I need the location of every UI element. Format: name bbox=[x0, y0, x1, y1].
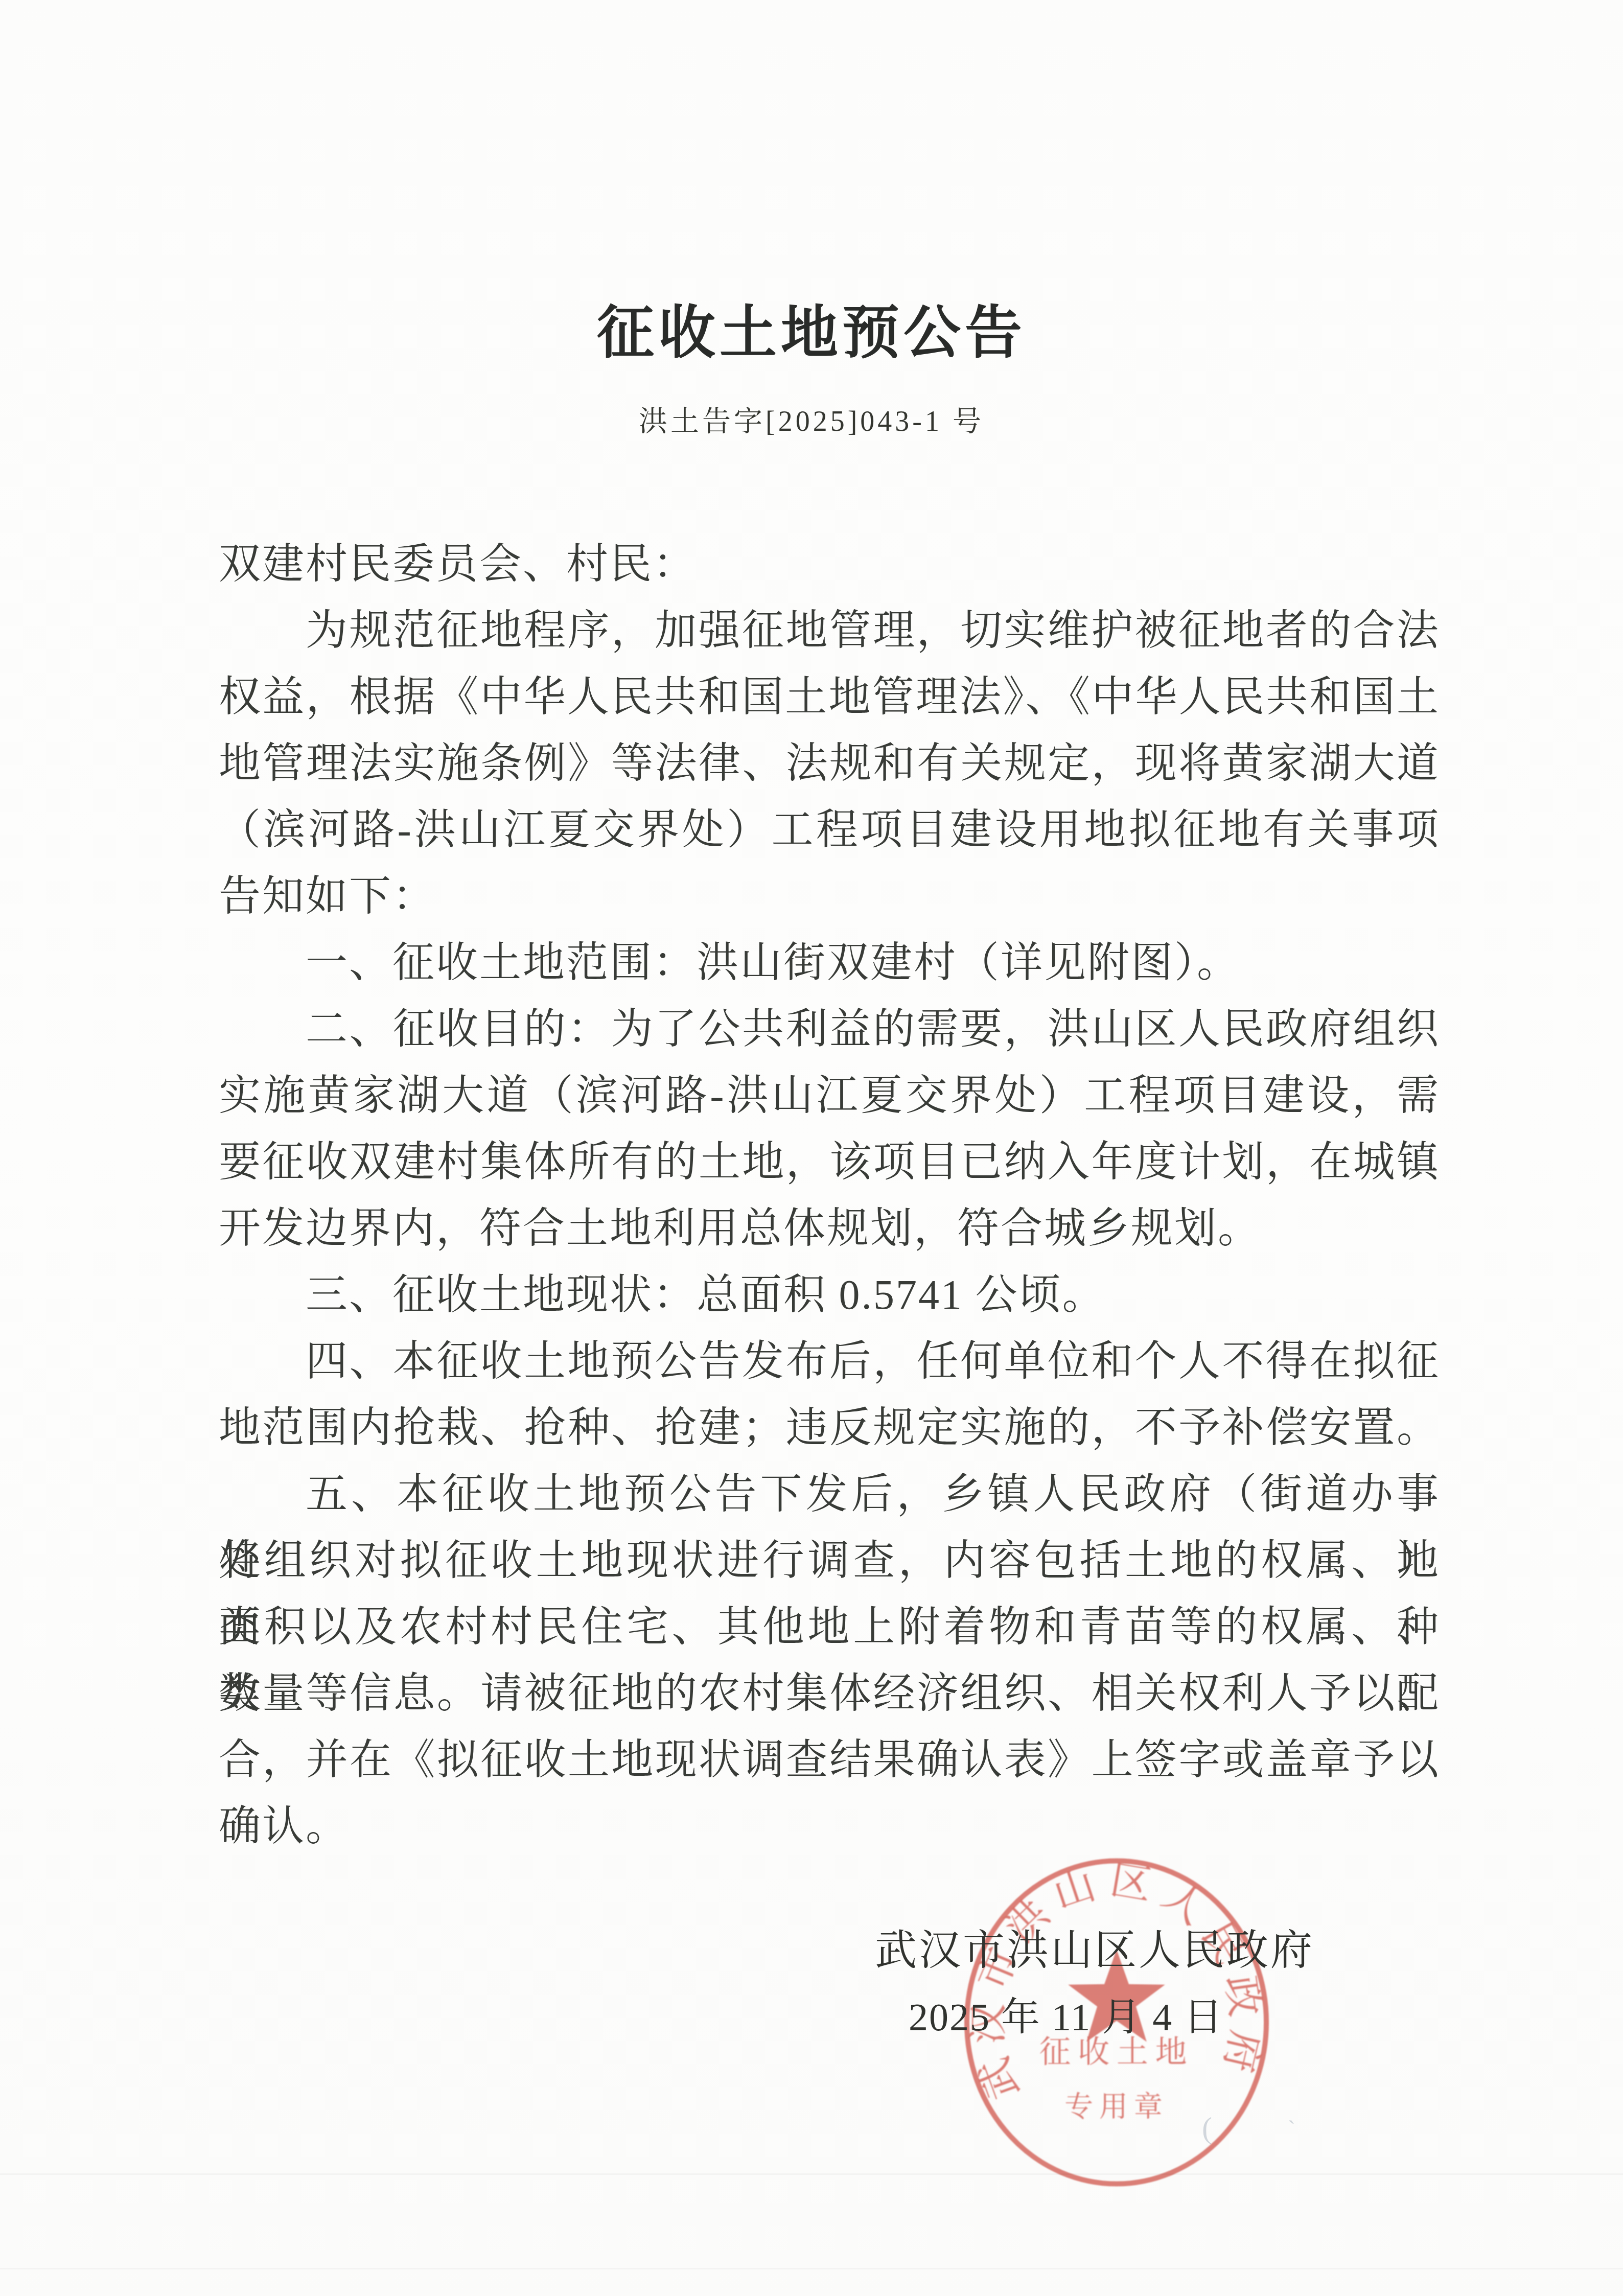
body-line: 确认。 bbox=[219, 1793, 1440, 1860]
body-line: 三、征收土地现状：总面积 0.5741 公顷。 bbox=[219, 1262, 1440, 1328]
body-line: 双建村民委员会、村民： bbox=[219, 531, 1440, 597]
body-line: 告知如下： bbox=[219, 863, 1440, 930]
body-line: 将组织对拟征收土地现状进行调查，内容包括土地的权属、地类、 bbox=[219, 1527, 1440, 1594]
body-line: 五、本征收土地预公告下发后，乡镇人民政府（街道办事处） bbox=[219, 1461, 1440, 1527]
document-page: 征收土地预公告 洪土告字[2025]043-1 号 双建村民委员会、村民：为规范… bbox=[0, 0, 1623, 2296]
body-line: 地管理法实施条例》等法律、法规和有关规定，现将黄家湖大道 bbox=[219, 730, 1440, 797]
scan-streak bbox=[0, 2268, 1623, 2269]
body-line: 实施黄家湖大道（滨河路-洪山江夏交界处）工程项目建设，需 bbox=[219, 1062, 1440, 1129]
body-line: 四、本征收土地预公告发布后，任何单位和个人不得在拟征 bbox=[219, 1328, 1440, 1395]
body-line: （滨河路-洪山江夏交界处）工程项目建设用地拟征地有关事项 bbox=[219, 797, 1440, 863]
body-line: 面积以及农村村民住宅、其他地上附着物和青苗等的权属、种类、 bbox=[219, 1594, 1440, 1660]
body-line: 一、征收土地范围：洪山街双建村（详见附图）。 bbox=[219, 930, 1440, 996]
document-title: 征收土地预公告 bbox=[0, 298, 1623, 368]
body-line: 二、征收目的：为了公共利益的需要，洪山区人民政府组织 bbox=[219, 996, 1440, 1062]
body-line: 为规范征地程序，加强征地管理，切实维护被征地者的合法 bbox=[219, 597, 1440, 664]
body-line: 数量等信息。请被征地的农村集体经济组织、相关权利人予以配 bbox=[219, 1660, 1440, 1727]
body-line: 合，并在《拟征收土地现状调查结果确认表》上签字或盖章予以 bbox=[219, 1727, 1440, 1793]
body-line: 要征收双建村集体所有的土地，该项目已纳入年度计划，在城镇 bbox=[219, 1129, 1440, 1195]
scan-streak bbox=[0, 2173, 1623, 2175]
scan-artifact-tick: ` bbox=[1288, 2116, 1295, 2142]
document-number: 洪土告字[2025]043-1 号 bbox=[0, 399, 1623, 445]
body-line: 开发边界内，符合土地利用总体规划，符合城乡规划。 bbox=[219, 1195, 1440, 1262]
signature-org: 武汉市洪山区人民政府 bbox=[875, 1922, 1314, 1979]
body-line: 地范围内抢栽、抢种、抢建；违反规定实施的，不予补偿安置。 bbox=[219, 1395, 1440, 1461]
body-line: 权益，根据《中华人民共和国土地管理法》、《中华人民共和国土 bbox=[219, 664, 1440, 730]
document-body: 双建村民委员会、村民：为规范征地程序，加强征地管理，切实维护被征地者的合法权益，… bbox=[219, 531, 1440, 1860]
seal-bottom-line2: 专用章 bbox=[1064, 2091, 1168, 2123]
signature-date: 2025 年 11 月 4 日 bbox=[909, 1992, 1223, 2043]
